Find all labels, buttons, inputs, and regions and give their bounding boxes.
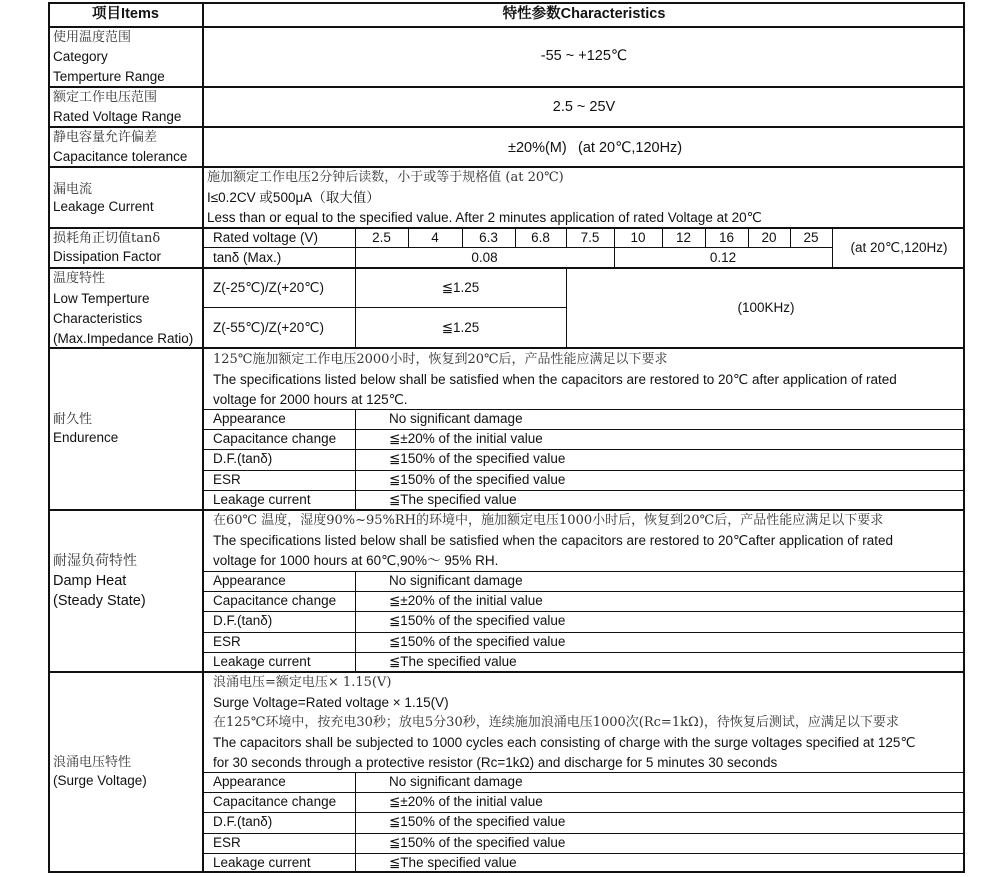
spec-value: ≦150% of the specified value	[389, 812, 565, 832]
leakage-line2: I≤0.2CV 或500μA（取大值）	[207, 188, 380, 208]
df-label-cn: 损耗角正切值tanδ	[50, 229, 160, 249]
divider	[203, 632, 965, 633]
lowtemp-label-en2: Characteristics	[50, 309, 142, 329]
surge-line5: for 30 seconds through a protective resi…	[213, 753, 777, 773]
cap-tolerance-condition: (at 20℃,120Hz)	[578, 138, 682, 158]
spec-item: D.F.(tanδ)	[213, 611, 272, 631]
spec-value: ≦150% of the specified value	[389, 470, 565, 490]
voltage-range-value: 2.5 ~ 25V	[203, 97, 965, 117]
df-voltage-cell: 6.3	[462, 228, 515, 248]
voltage-range-label-en: Rated Voltage Range	[50, 107, 181, 127]
df-voltage-cell: 25	[790, 228, 832, 248]
spec-value: ≦±20% of the initial value	[389, 792, 543, 812]
spec-value: ≦150% of the specified value	[389, 449, 565, 469]
spec-item: Capacitance change	[213, 591, 336, 611]
divider	[203, 449, 965, 450]
divider	[203, 812, 965, 813]
endurance-label-en: Endurence	[50, 428, 118, 448]
df-condition: (at 20℃,120Hz)	[833, 238, 965, 258]
surge-label-en: (Surge Voltage)	[50, 771, 147, 791]
df-label-en: Dissipation Factor	[50, 247, 161, 267]
divider	[48, 126, 965, 128]
spec-value: No significant damage	[389, 409, 523, 429]
spec-value: ≦The specified value	[389, 490, 517, 510]
header-items: 项目Items	[48, 4, 203, 24]
spec-value: ≦150% of the specified value	[389, 611, 565, 631]
divider	[203, 409, 965, 410]
lowtemp-label-en1: Low Temperture	[50, 289, 150, 309]
lowtemp-label-en3: (Max.Impedance Ratio)	[50, 329, 193, 349]
cap-tolerance-value: ±20%(M)	[508, 138, 567, 158]
cap-tolerance-label-cn: 静电容量允许偏差	[50, 128, 157, 148]
spec-item: Capacitance change	[213, 429, 336, 449]
df-voltage-cell: 6.8	[515, 228, 566, 248]
leakage-line1: 施加额定工作电压2分钟后读数，小于或等于规格值 (at 20℃)	[207, 168, 564, 188]
surge-label-cn: 浪涌电压特性	[50, 753, 131, 773]
spec-value: ≦±20% of the initial value	[389, 591, 543, 611]
temp-range-label-en2: Temperture Range	[50, 67, 165, 87]
lowtemp-ratio1-label: Z(-25℃)/Z(+20℃)	[213, 278, 324, 298]
df-voltage-cell: 10	[614, 228, 662, 248]
df-voltage-label: Rated voltage (V)	[213, 228, 318, 248]
lowtemp-freq: (100KHz)	[567, 298, 965, 318]
divider	[355, 772, 356, 873]
damp-label-en2: (Steady State)	[50, 591, 146, 611]
endurance-line2: The specifications listed below shall be…	[213, 370, 897, 390]
divider	[355, 571, 356, 672]
divider	[355, 409, 356, 510]
spec-item: Appearance	[213, 772, 286, 792]
surge-line1: 浪涌电压=额定电压× 1.15(V)	[213, 673, 391, 693]
spec-item: ESR	[213, 470, 241, 490]
lowtemp-ratio2-value: ≦1.25	[355, 318, 566, 338]
spec-item: D.F.(tanδ)	[213, 812, 272, 832]
spec-item: Leakage current	[213, 853, 311, 873]
spec-value: No significant damage	[389, 772, 523, 792]
spec-item: D.F.(tanδ)	[213, 449, 272, 469]
spec-value: ≦±20% of the initial value	[389, 429, 543, 449]
spec-item: ESR	[213, 632, 241, 652]
cap-tolerance-label-en: Capacitance tolerance	[50, 147, 187, 167]
damp-line2: The specifications listed below shall be…	[213, 531, 893, 551]
divider	[203, 571, 965, 572]
df-voltage-cell: 7.5	[566, 228, 614, 248]
lowtemp-ratio1-value: ≦1.25	[355, 278, 566, 298]
lowtemp-label-cn: 温度特性	[50, 269, 105, 289]
df-voltage-cell: 16	[705, 228, 748, 248]
df-tan-high: 0.12	[614, 248, 832, 268]
endurance-line1: 125℃施加额定工作电压2000小时，恢复到20℃后，产品性能应满足以下要求	[213, 350, 668, 370]
spec-value: No significant damage	[389, 571, 523, 591]
divider	[48, 86, 965, 88]
spec-value: ≦The specified value	[389, 853, 517, 873]
surge-line3: 在125℃环境中，按充电30秒；放电5分30秒，连续施加浪涌电压1000次(Rc…	[213, 713, 899, 733]
spec-item: Appearance	[213, 409, 286, 429]
divider	[48, 26, 965, 28]
damp-line1: 在60℃ 温度，湿度90%~95%RH的环境中，施加额定电压1000小时后，恢复…	[213, 511, 883, 531]
damp-line3: voltage for 1000 hours at 60℃,90%～ 95% R…	[213, 551, 498, 571]
spec-item: Appearance	[213, 571, 286, 591]
leakage-label-en: Leakage Current	[50, 197, 154, 217]
surge-line2: Surge Voltage=Rated voltage × 1.15(V)	[213, 693, 449, 713]
divider	[203, 652, 965, 653]
divider	[203, 307, 566, 308]
df-tan-label: tanδ (Max.)	[213, 248, 281, 268]
df-voltage-cell: 20	[748, 228, 790, 248]
spec-item: Leakage current	[213, 490, 311, 510]
voltage-range-label-cn: 额定工作电压范围	[50, 88, 157, 108]
spec-item: Leakage current	[213, 652, 311, 672]
divider	[203, 853, 965, 854]
damp-label-en1: Damp Heat	[50, 571, 126, 591]
lowtemp-ratio2-label: Z(-55℃)/Z(+20℃)	[213, 318, 324, 338]
spec-item: ESR	[213, 833, 241, 853]
spec-item: Capacitance change	[213, 792, 336, 812]
damp-label-cn: 耐湿负荷特性	[50, 551, 137, 571]
endurance-label-cn: 耐久性	[50, 410, 92, 430]
temp-range-label-en1: Category	[50, 47, 108, 67]
df-tan-low: 0.08	[355, 248, 614, 268]
df-voltage-cell: 12	[662, 228, 705, 248]
df-voltage-cell: 4	[408, 228, 462, 248]
divider	[203, 772, 965, 773]
divider	[203, 833, 965, 834]
divider	[202, 2, 204, 873]
divider	[203, 611, 965, 612]
header-characteristics: 特性参数Characteristics	[203, 4, 965, 24]
spec-value: ≦The specified value	[389, 652, 517, 672]
temp-range-label-cn: 使用温度范围	[50, 28, 131, 48]
endurance-line3: voltage for 2000 hours at 125℃.	[213, 390, 408, 410]
divider	[203, 470, 965, 471]
spec-value: ≦150% of the specified value	[389, 632, 565, 652]
df-voltage-cell: 2.5	[355, 228, 408, 248]
temp-range-value: -55 ~ +125℃	[203, 46, 965, 66]
surge-line4: The capacitors shall be subjected to 100…	[213, 733, 916, 753]
leakage-line3: Less than or equal to the specified valu…	[207, 208, 762, 228]
divider	[203, 490, 965, 491]
spec-value: ≦150% of the specified value	[389, 833, 565, 853]
